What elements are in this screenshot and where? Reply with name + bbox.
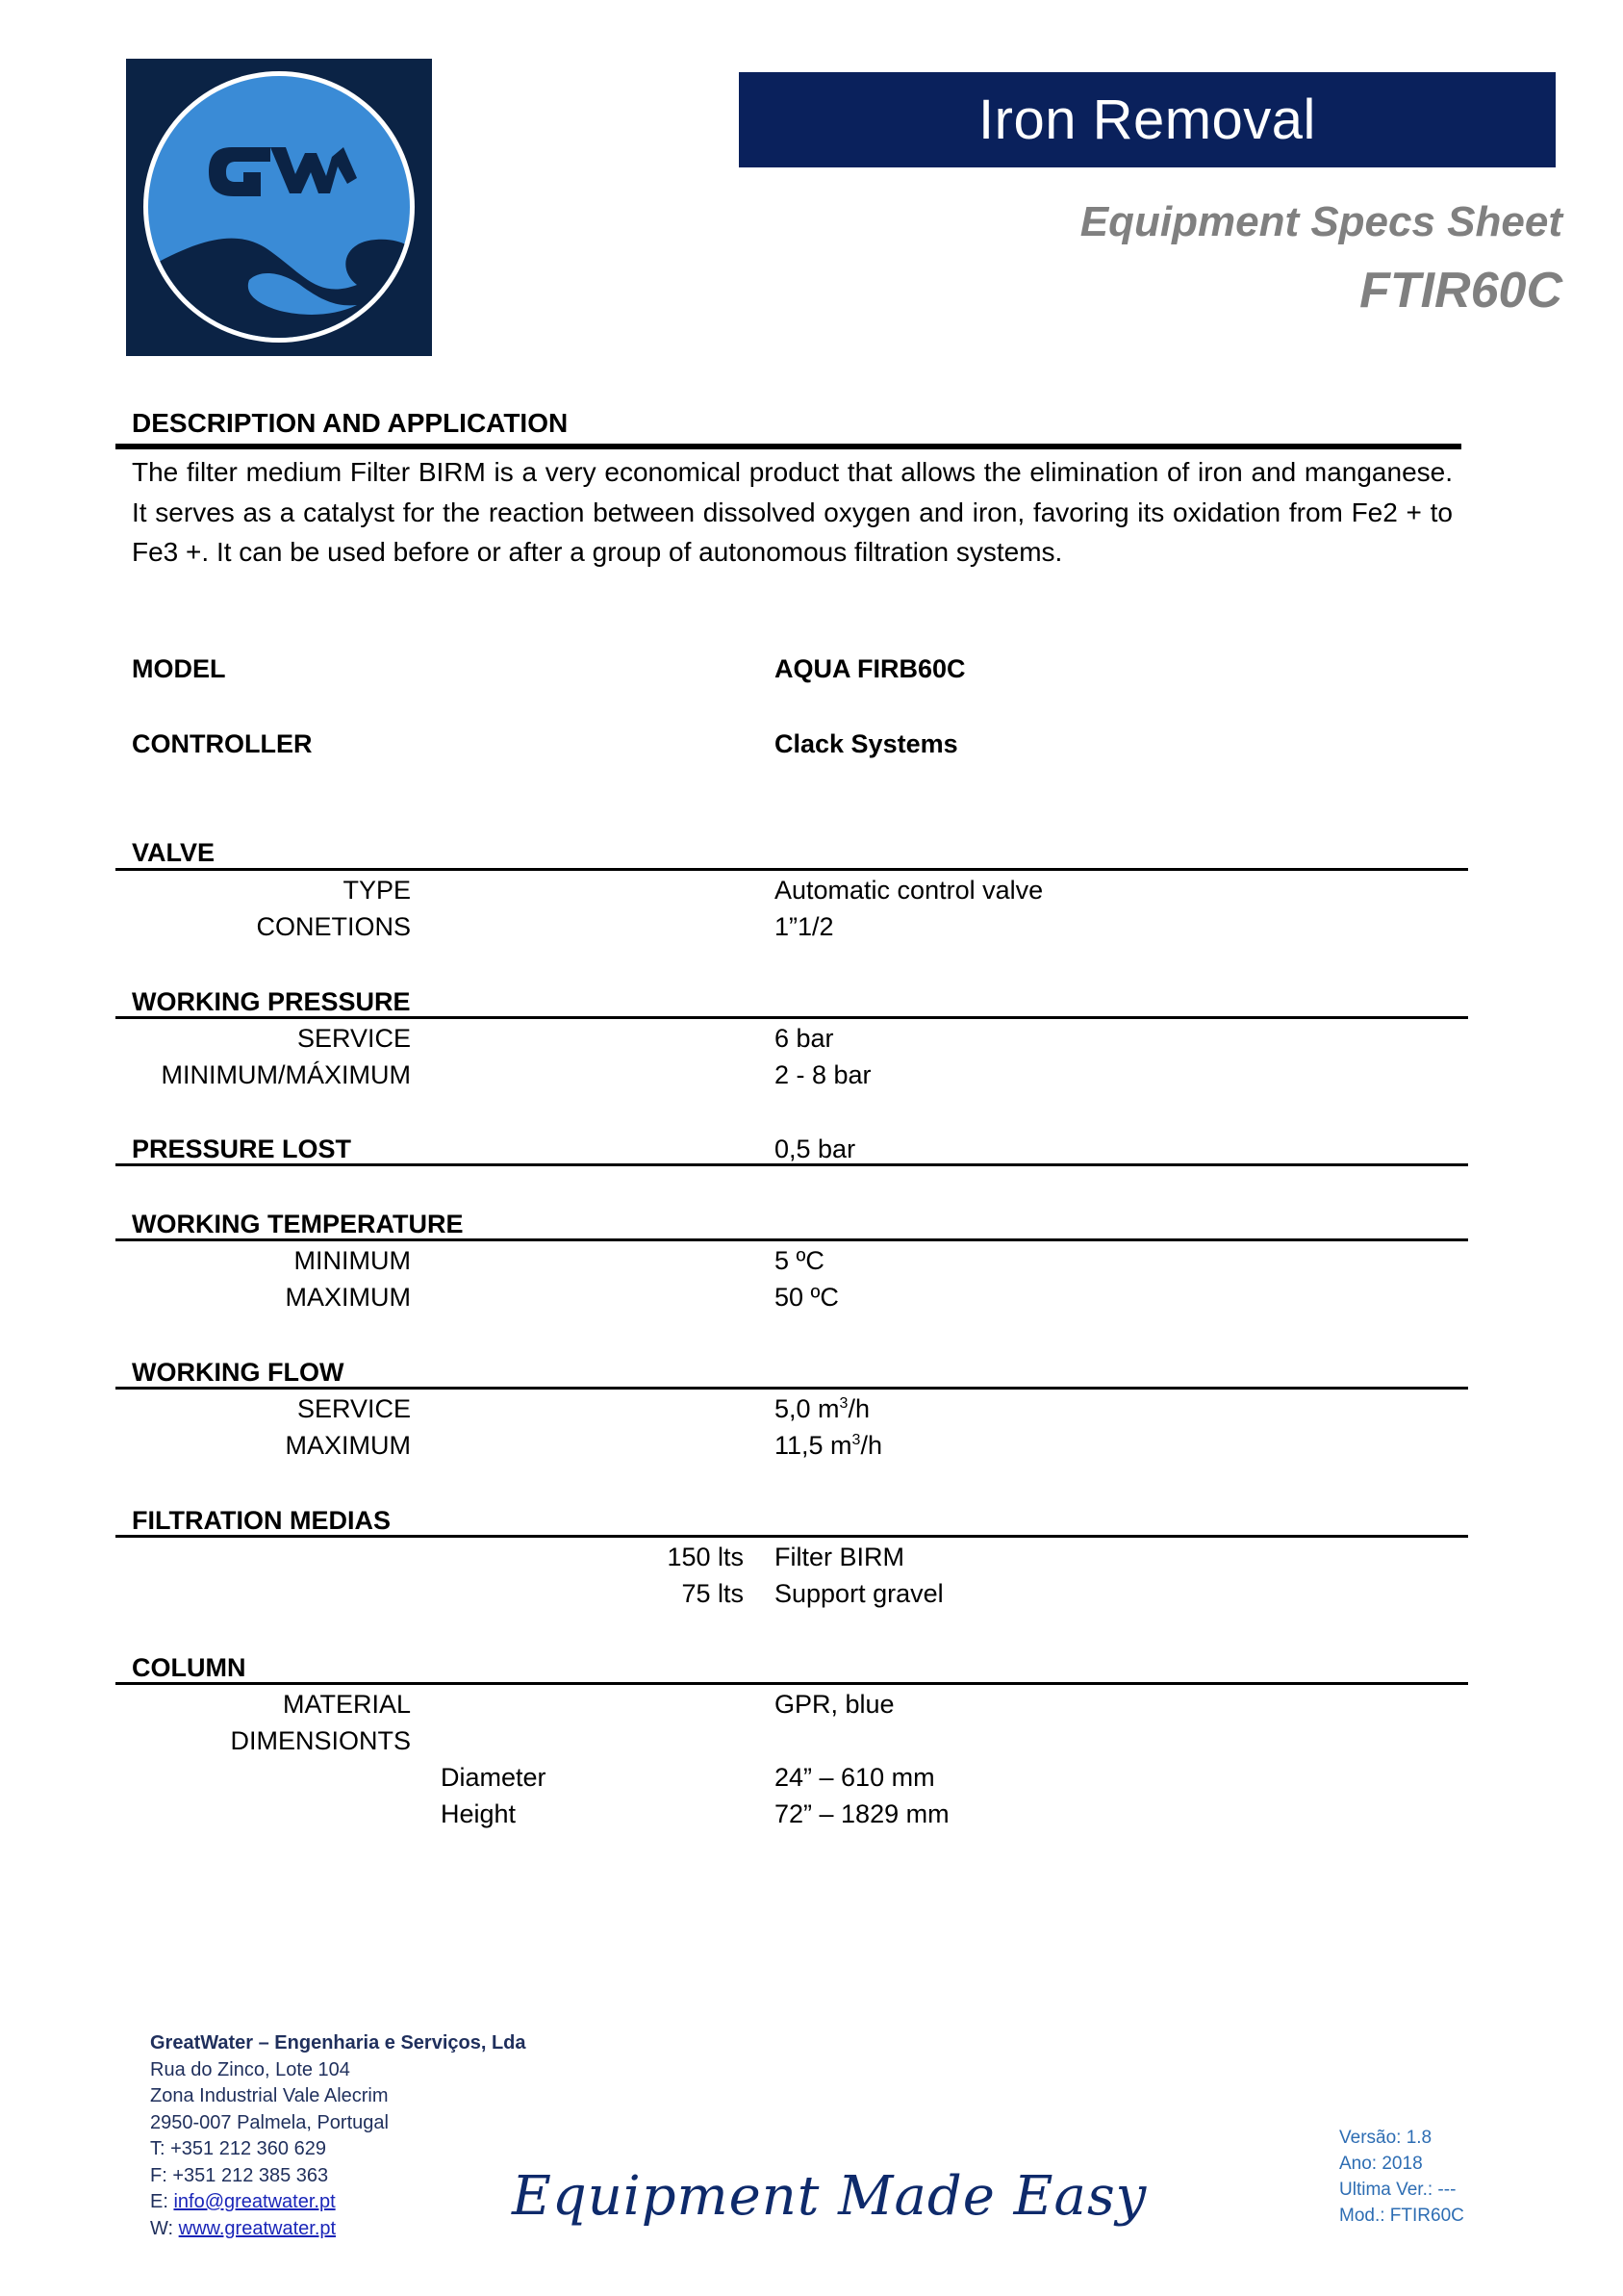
temperature-min-value: 5 ºC bbox=[774, 1246, 824, 1276]
description-heading: DESCRIPTION AND APPLICATION bbox=[132, 408, 568, 439]
valve-connections-value: 1”1/2 bbox=[774, 912, 834, 942]
last-version: Ultima Ver.: --- bbox=[1339, 2177, 1464, 2203]
description-text: The filter medium Filter BIRM is a very … bbox=[132, 452, 1453, 573]
address-line: 2950-007 Palmela, Portugal bbox=[150, 2110, 526, 2137]
pressure-minmax-value: 2 - 8 bar bbox=[774, 1060, 872, 1090]
divider bbox=[115, 1682, 1468, 1685]
flow-service-label: SERVICE bbox=[103, 1394, 411, 1424]
flow-max-value: 11,5 m3/h bbox=[774, 1431, 882, 1461]
divider bbox=[115, 868, 1468, 871]
website-link[interactable]: www.greatwater.pt bbox=[179, 2218, 336, 2239]
email-link[interactable]: info@greatwater.pt bbox=[173, 2191, 335, 2212]
website: W: www.greatwater.pt bbox=[150, 2216, 526, 2243]
temperature-max-value: 50 ºC bbox=[774, 1283, 839, 1313]
media-name: Support gravel bbox=[774, 1579, 944, 1609]
company-logo bbox=[126, 59, 432, 356]
page-title: Iron Removal bbox=[978, 88, 1316, 152]
phone: T: +351 212 360 629 bbox=[150, 2136, 526, 2163]
temperature-max-label: MAXIMUM bbox=[103, 1283, 411, 1313]
column-heading: COLUMN bbox=[132, 1653, 245, 1683]
valve-type-label: TYPE bbox=[103, 876, 411, 906]
divider bbox=[115, 1387, 1468, 1390]
diameter-label: Diameter bbox=[441, 1763, 546, 1793]
company-contact-block: GreatWater – Engenharia e Serviços, Lda … bbox=[150, 2030, 526, 2242]
divider bbox=[115, 1163, 1468, 1166]
controller-label: CONTROLLER bbox=[132, 729, 312, 759]
fax: F: +351 212 385 363 bbox=[150, 2163, 526, 2190]
filtration-medias-heading: FILTRATION MEDIAS bbox=[132, 1506, 391, 1536]
model-label: MODEL bbox=[132, 654, 226, 684]
valve-connections-label: CONETIONS bbox=[103, 912, 411, 942]
media-quantity: 150 lts bbox=[548, 1543, 744, 1572]
divider bbox=[115, 1016, 1468, 1019]
gw-wave-logo-icon bbox=[126, 59, 432, 356]
column-material-label: MATERIAL bbox=[103, 1690, 411, 1720]
slogan: Equipment Made Easy bbox=[512, 2165, 1147, 2228]
column-dimensions-label: DIMENSIONTS bbox=[103, 1726, 411, 1756]
version: Versão: 1.8 bbox=[1339, 2125, 1464, 2151]
version-info: Versão: 1.8 Ano: 2018 Ultima Ver.: --- M… bbox=[1339, 2125, 1464, 2229]
model-code: FTIR60C bbox=[1359, 262, 1562, 319]
divider bbox=[115, 1535, 1468, 1538]
pressure-lost-label: PRESSURE LOST bbox=[132, 1135, 351, 1164]
media-name: Filter BIRM bbox=[774, 1543, 904, 1572]
pressure-lost-value: 0,5 bar bbox=[774, 1135, 855, 1164]
pressure-minmax-label: MINIMUM/MÁXIMUM bbox=[103, 1060, 411, 1090]
valve-type-value: Automatic control valve bbox=[774, 876, 1043, 906]
media-quantity: 75 lts bbox=[548, 1579, 744, 1609]
divider bbox=[115, 1238, 1468, 1241]
flow-service-value: 5,0 m3/h bbox=[774, 1394, 870, 1424]
working-temperature-heading: WORKING TEMPERATURE bbox=[132, 1210, 464, 1239]
model-value: AQUA FIRB60C bbox=[774, 654, 966, 684]
address-line: Rua do Zinco, Lote 104 bbox=[150, 2057, 526, 2084]
flow-max-label: MAXIMUM bbox=[103, 1431, 411, 1461]
address-line: Zona Industrial Vale Alecrim bbox=[150, 2083, 526, 2110]
diameter-value: 24” – 610 mm bbox=[774, 1763, 935, 1793]
working-flow-heading: WORKING FLOW bbox=[132, 1358, 343, 1388]
column-material-value: GPR, blue bbox=[774, 1690, 895, 1720]
model-ref: Mod.: FTIR60C bbox=[1339, 2203, 1464, 2229]
working-pressure-heading: WORKING PRESSURE bbox=[132, 987, 411, 1017]
valve-heading: VALVE bbox=[132, 838, 215, 868]
year: Ano: 2018 bbox=[1339, 2151, 1464, 2177]
pressure-service-label: SERVICE bbox=[103, 1024, 411, 1054]
height-value: 72” – 1829 mm bbox=[774, 1799, 950, 1829]
temperature-min-label: MINIMUM bbox=[103, 1246, 411, 1276]
controller-value: Clack Systems bbox=[774, 729, 958, 759]
title-bar: Iron Removal bbox=[739, 72, 1556, 167]
divider bbox=[115, 444, 1461, 449]
company-name: GreatWater – Engenharia e Serviços, Lda bbox=[150, 2030, 526, 2057]
pressure-service-value: 6 bar bbox=[774, 1024, 834, 1054]
document-subtitle: Equipment Specs Sheet bbox=[1080, 198, 1562, 246]
height-label: Height bbox=[441, 1799, 516, 1829]
email: E: info@greatwater.pt bbox=[150, 2189, 526, 2216]
